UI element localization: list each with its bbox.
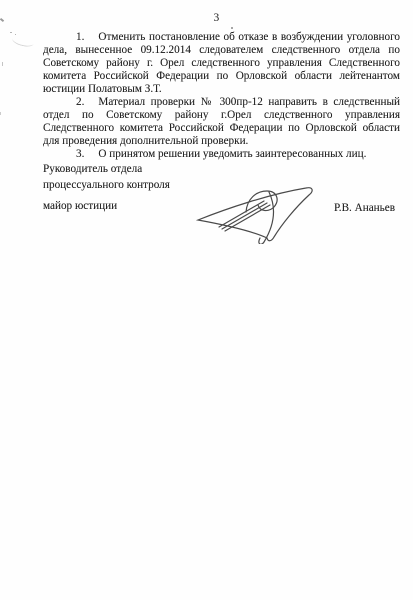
scan-speck (2, 62, 3, 66)
paragraph-number: 1. (76, 31, 84, 43)
signoff-rank: майор юстиции (43, 200, 170, 213)
paragraph-item: 3.О принятом решении уведомить заинтерес… (43, 148, 400, 161)
scan-speck (10, 32, 12, 33)
signoff-position-line1: Руководитель отдела (43, 163, 170, 176)
paragraph-text: О принятом решении уведомить заинтересов… (98, 148, 366, 160)
document-page: 3 1.Отменить постановление об отказе в в… (0, 0, 413, 600)
paragraph-number: 3. (76, 148, 84, 160)
paragraph-item: 1.Отменить постановление об отказе в воз… (43, 31, 400, 96)
paragraph-text: Материал проверки № 300пр-12 направить в… (43, 96, 400, 147)
scan-speck (0, 112, 1, 115)
signoff-position-line2: процессуального контроля (43, 179, 170, 192)
paragraph-text: Отменить постановление об отказе в возбу… (43, 31, 400, 95)
document-body: 1.Отменить постановление об отказе в воз… (43, 31, 400, 161)
scan-speck (11, 33, 35, 48)
paragraph-item: 2.Материал проверки № 300пр-12 направить… (43, 96, 400, 148)
paragraph-number: 2. (76, 96, 84, 108)
handwritten-signature-icon (192, 182, 318, 244)
scan-speck (231, 27, 233, 29)
page-number: 3 (0, 12, 413, 24)
signatory-name: Р.В. Ананьев (334, 202, 395, 214)
signoff-block: Руководитель отдела процессуального конт… (43, 163, 170, 213)
